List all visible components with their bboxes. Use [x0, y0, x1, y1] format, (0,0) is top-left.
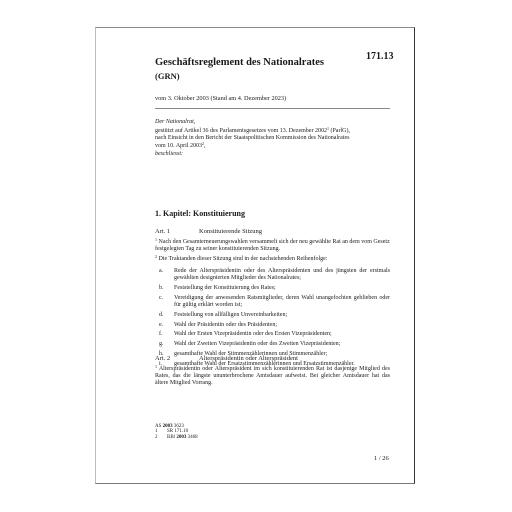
chapter-heading: 1. Kapitel: Konstituierung — [155, 209, 245, 218]
document-page: Geschäftsreglement des Nationalrates (GR… — [95, 27, 415, 484]
article-1-title: Konstituierende Sitzung — [199, 228, 262, 235]
article-1-body: 1 Nach den Gesamterneuerungswahlen versa… — [155, 239, 390, 263]
preamble-subject: Der Nationalrat, — [155, 119, 390, 126]
article-2-heading: Art. 2Alterspräsidentin oder Alterspräsi… — [155, 355, 298, 362]
preamble: Der Nationalrat, gestützt auf Artikel 36… — [155, 119, 390, 158]
list-item: b.Feststellung der Konstituierung des Ra… — [155, 285, 390, 292]
document-abbreviation: (GRN) — [155, 71, 180, 81]
preamble-line-2: nach Einsicht in den Bericht der Staatsp… — [155, 135, 390, 142]
article-1-list: a.Rede der Alterspräsidentin oder des Al… — [155, 268, 390, 368]
article-1-number: Art. 1 — [155, 228, 199, 235]
article-2-title: Alterspräsidentin oder Alterspräsident — [199, 355, 298, 362]
document-title: Geschäftsreglement des Nationalrates — [155, 57, 324, 68]
date-line: vom 3. Oktober 2003 (Stand am 4. Dezembe… — [155, 95, 286, 102]
page-number: 1 / 26 — [374, 455, 389, 462]
list-item: f.Wahl der Ersten Vizepräsidentin oder d… — [155, 331, 390, 338]
footnote-2: 2BBl 2003 3468 — [155, 435, 198, 440]
article-2-body: 1 Alterspräsidentin oder Alterspräsident… — [155, 366, 390, 388]
article-1-heading: Art. 1Konstituierende Sitzung — [155, 228, 262, 235]
list-item: g.Wahl der Zweiten Vizepräsidentin oder … — [155, 341, 390, 348]
list-item: e.Wahl der Präsidentin oder des Präsiden… — [155, 322, 390, 329]
sr-number: 171.13 — [366, 51, 394, 62]
article-1-paragraph-2: 2 Die Traktanden dieser Sitzung sind in … — [155, 256, 390, 263]
header-divider — [155, 108, 390, 109]
article-1-paragraph-1: 1 Nach den Gesamterneuerungswahlen versa… — [155, 239, 390, 253]
preamble-resolution: beschliesst: — [155, 151, 390, 158]
preamble-line-1: gestützt auf Artikel 36 des Parlamentsge… — [155, 128, 390, 135]
footnotes: AS 2003 3623 1SR 171.10 2BBl 2003 3468 — [155, 424, 198, 440]
article-2-number: Art. 2 — [155, 355, 199, 362]
list-item: c.Vereidigung der anwesenden Ratsmitglie… — [155, 295, 390, 309]
preamble-line-3: vom 10. April 20032, — [155, 143, 390, 150]
list-item: d.Feststellung von allfälligen Unvereinb… — [155, 312, 390, 319]
list-item: a.Rede der Alterspräsidentin oder des Al… — [155, 268, 390, 282]
article-2-paragraph-1: 1 Alterspräsidentin oder Alterspräsident… — [155, 366, 390, 388]
